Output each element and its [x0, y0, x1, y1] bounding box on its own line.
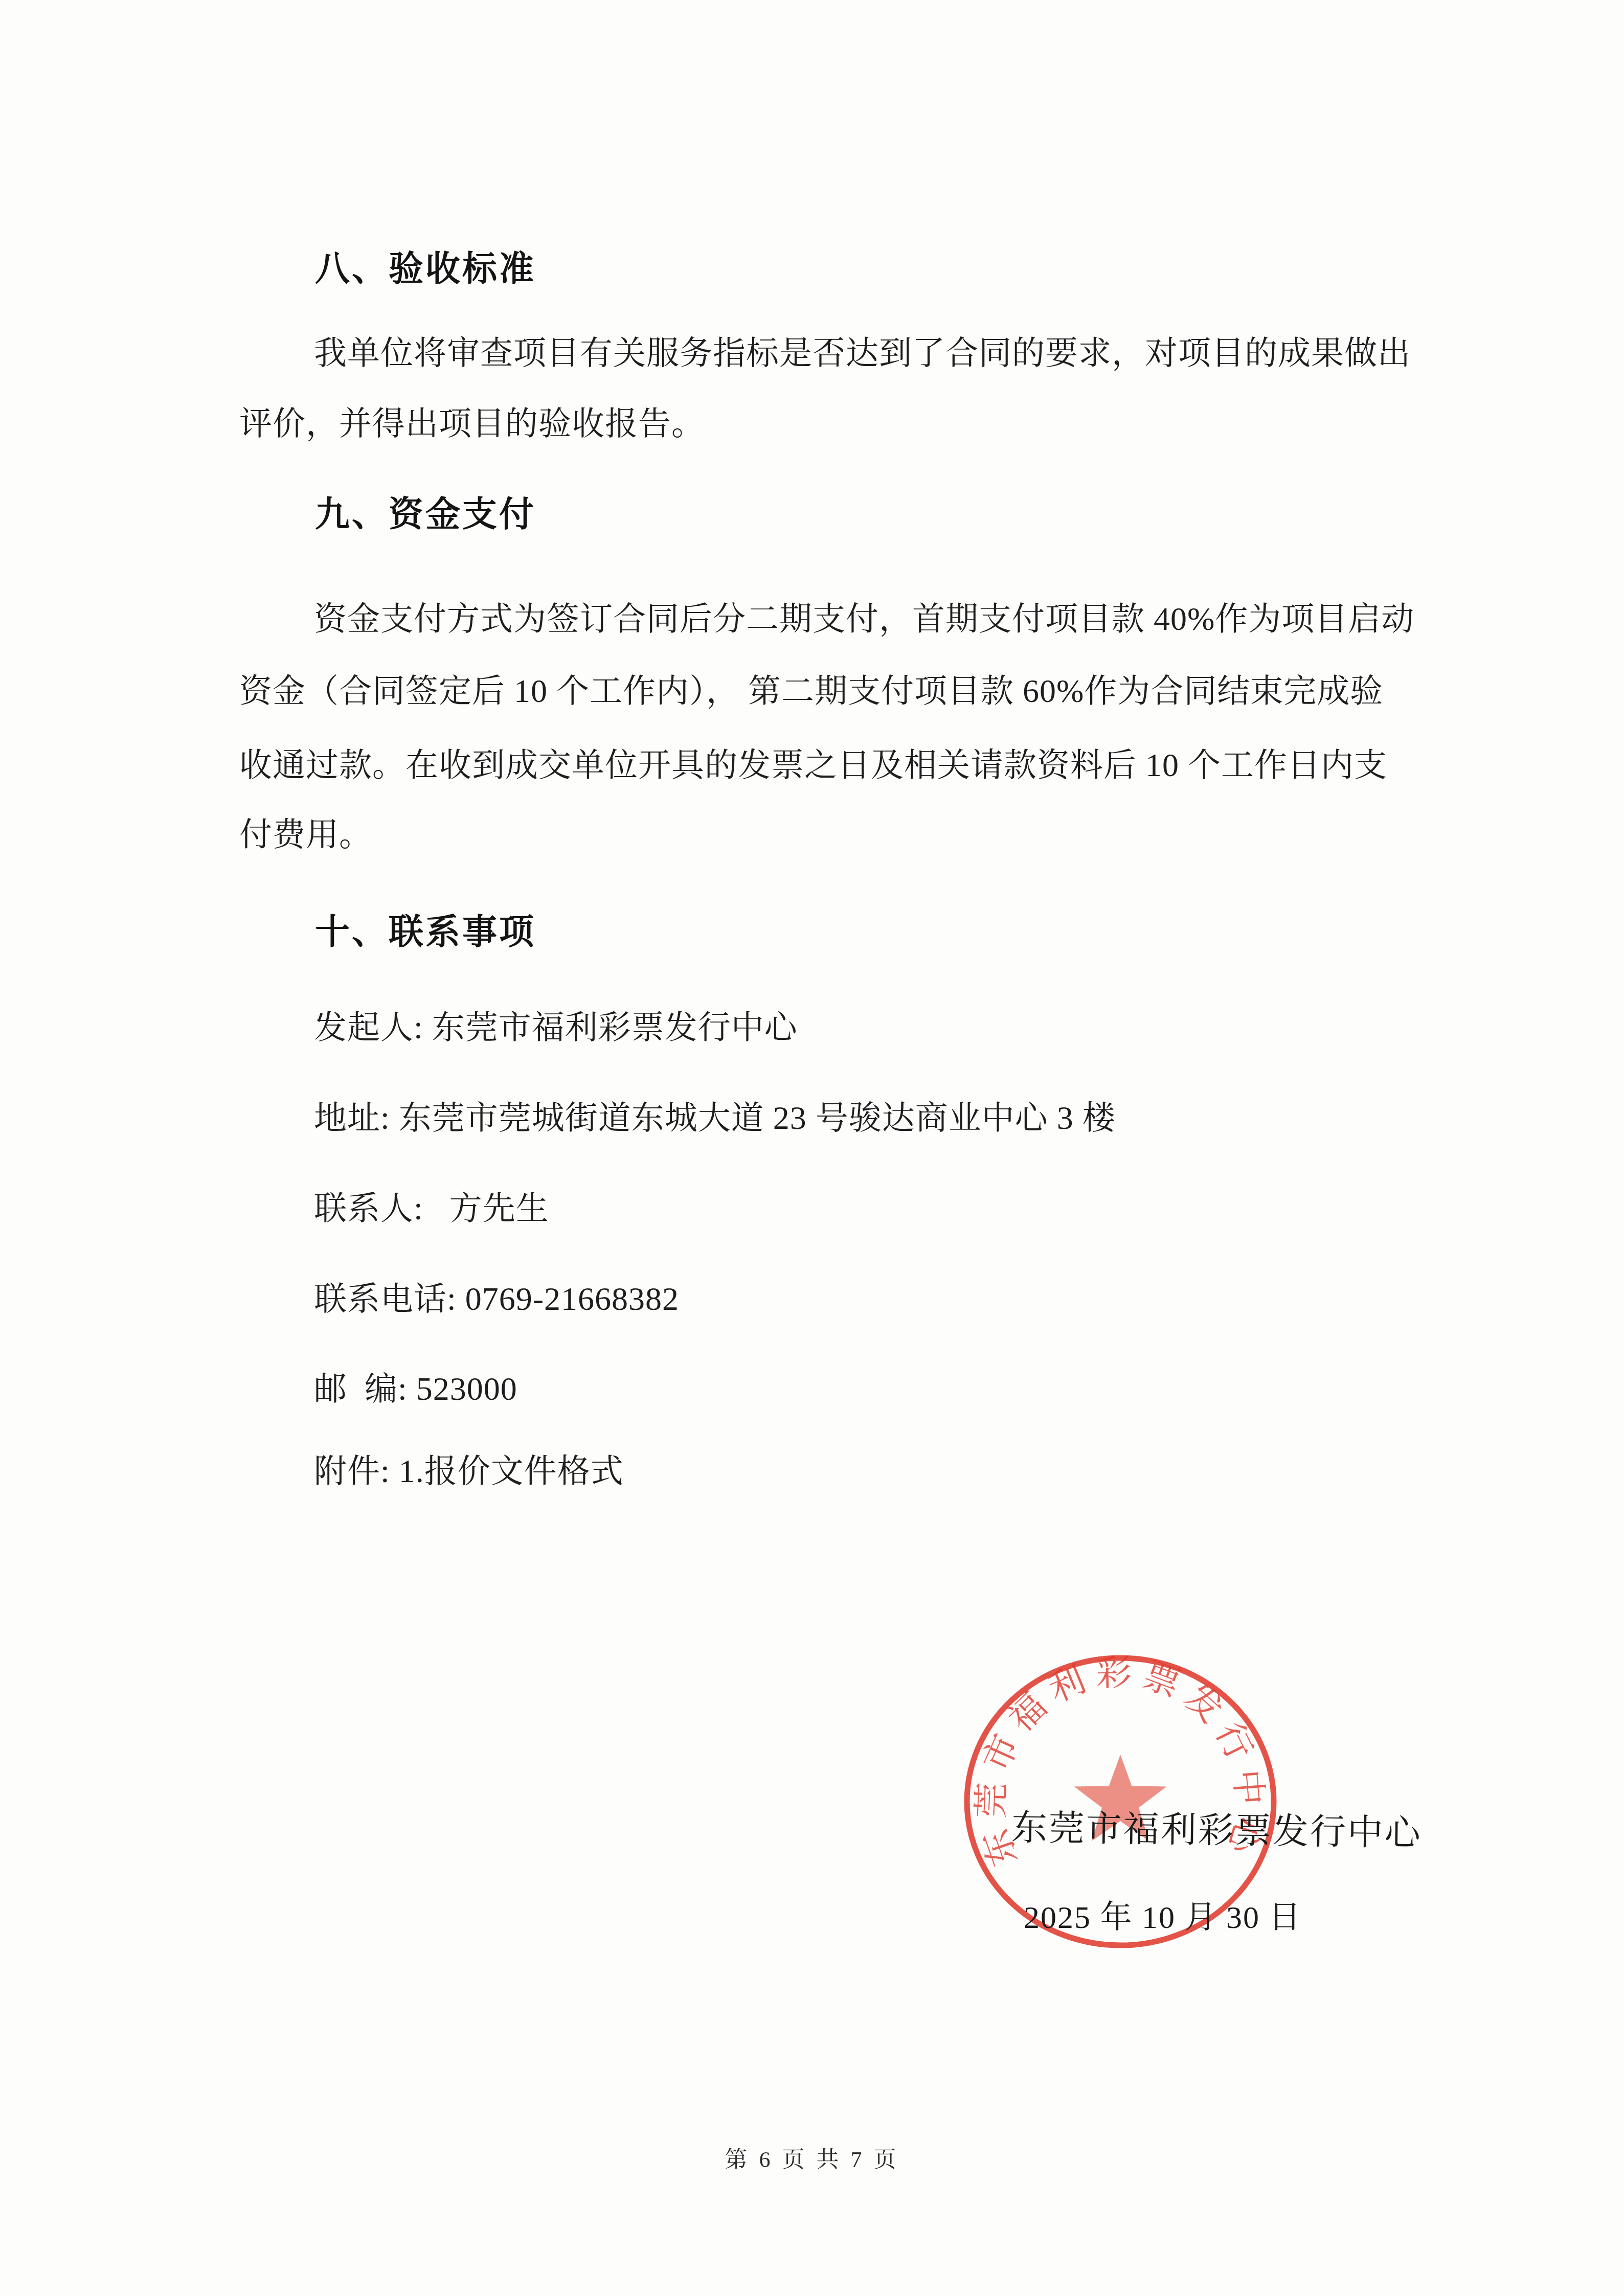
signature-org-name: 东莞市福利彩票发行中心	[1011, 1799, 1422, 1856]
contact-person: 联系人: 方先生	[314, 1187, 549, 1231]
section9-line4: 付费用。	[239, 813, 372, 857]
section8-heading: 八、验收标准	[315, 241, 536, 291]
contact-initiator: 发起人: 东莞市福利彩票发行中心	[314, 1006, 798, 1050]
section10-heading: 十、联系事项	[315, 904, 536, 954]
section9-line2: 资金（合同签定后 10 个工作内）， 第二期支付项目款 60%作为合同结束完成验	[239, 669, 1383, 713]
page-number-footer: 第 6 页 共 7 页	[0, 2141, 1624, 2174]
section9-heading: 九、资金支付	[315, 487, 536, 536]
section9-line3: 收通过款。在收到成交单位开具的发票之日及相关请款资料后 10 个工作日内支	[239, 743, 1387, 787]
section8-line2: 评价，并得出项目的验收报告。	[239, 402, 705, 446]
document-page: 八、验收标准 我单位将审查项目有关服务指标是否达到了合同的要求，对项目的成果做出…	[0, 0, 1624, 2296]
signature-date: 2025 年 10 月 30 日	[1024, 1892, 1302, 1937]
contact-phone: 联系电话: 0769-21668382	[314, 1277, 679, 1321]
contact-attachment: 附件: 1.报价文件格式	[314, 1449, 624, 1493]
contact-address: 地址: 东莞市莞城街道东城大道 23 号骏达商业中心 3 楼	[314, 1096, 1116, 1140]
section8-line1: 我单位将审查项目有关服务指标是否达到了合同的要求，对项目的成果做出	[314, 331, 1411, 375]
section9-line1: 资金支付方式为签订合同后分二期支付，首期支付项目款 40%作为项目启动	[314, 597, 1414, 641]
contact-postcode: 邮 编: 523000	[314, 1367, 517, 1411]
